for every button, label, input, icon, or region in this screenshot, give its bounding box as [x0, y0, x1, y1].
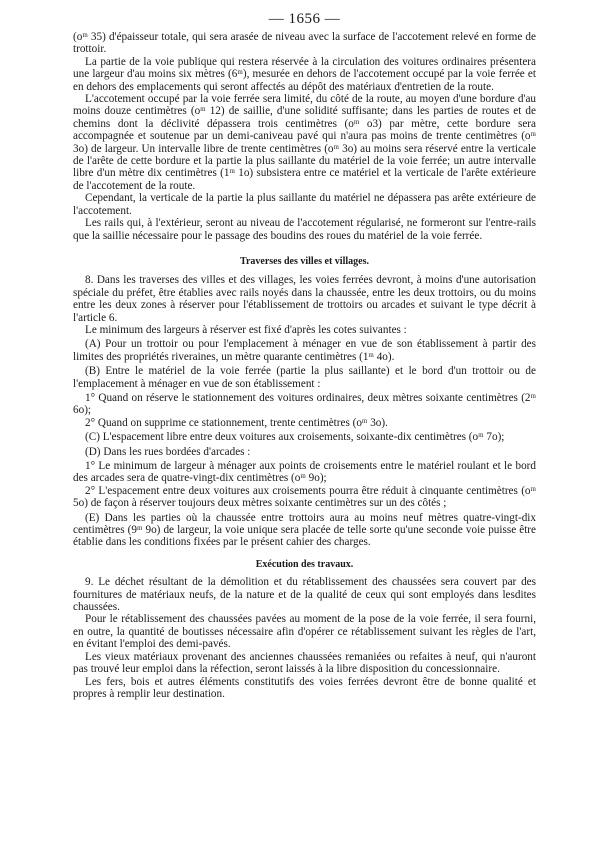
paragraph: La partie de la voie publique qui rester… — [73, 56, 536, 93]
paragraph-item-c: (C) L'espacement libre entre deux voitur… — [73, 431, 536, 443]
paragraph: 9. Le déchet résultant de la démolition … — [73, 576, 536, 613]
paragraph-item-b: (B) Entre le matériel de la voie ferrée … — [73, 365, 536, 390]
paragraph: (oᵐ 35) d'épaisseur totale, qui sera ara… — [73, 31, 536, 56]
paragraph: 8. Dans les traverses des villes et des … — [73, 274, 536, 324]
section-heading-traverses: Traverses des villes et villages. — [73, 256, 536, 268]
paragraph-item-d1: 1° Le minimum de largeur à ménager aux p… — [73, 460, 536, 485]
paragraph-item-d: (D) Dans les rues bordées d'arcades : — [73, 446, 536, 458]
paragraph: Les rails qui, à l'extérieur, seront au … — [73, 217, 536, 242]
section-heading-execution: Exécution des travaux. — [73, 559, 536, 571]
paragraph: Les fers, bois et autres éléments consti… — [73, 676, 536, 701]
document-page: — 1656 — (oᵐ 35) d'épaisseur totale, qui… — [73, 10, 536, 700]
paragraph: Les vieux matériaux provenant des ancien… — [73, 651, 536, 676]
paragraph-item-e: (E) Dans les parties où la chaussée entr… — [73, 512, 536, 549]
paragraph-item-a: (A) Pour un trottoir ou pour l'emplaceme… — [73, 338, 536, 363]
paragraph: Le minimum des largeurs à réserver est f… — [73, 324, 536, 336]
page-number: — 1656 — — [73, 10, 536, 28]
paragraph-item-b1: 1° Quand on réserve le stationnement des… — [73, 392, 536, 417]
paragraph: Cependant, la verticale de la partie la … — [73, 192, 536, 217]
paragraph-item-b2: 2° Quand on supprime ce stationnement, t… — [73, 417, 536, 429]
paragraph: L'accotement occupé par la voie ferrée s… — [73, 93, 536, 192]
paragraph: Pour le rétablissement des chaussées pav… — [73, 613, 536, 650]
paragraph-item-d2: 2° L'espacement entre deux voitures aux … — [73, 485, 536, 510]
